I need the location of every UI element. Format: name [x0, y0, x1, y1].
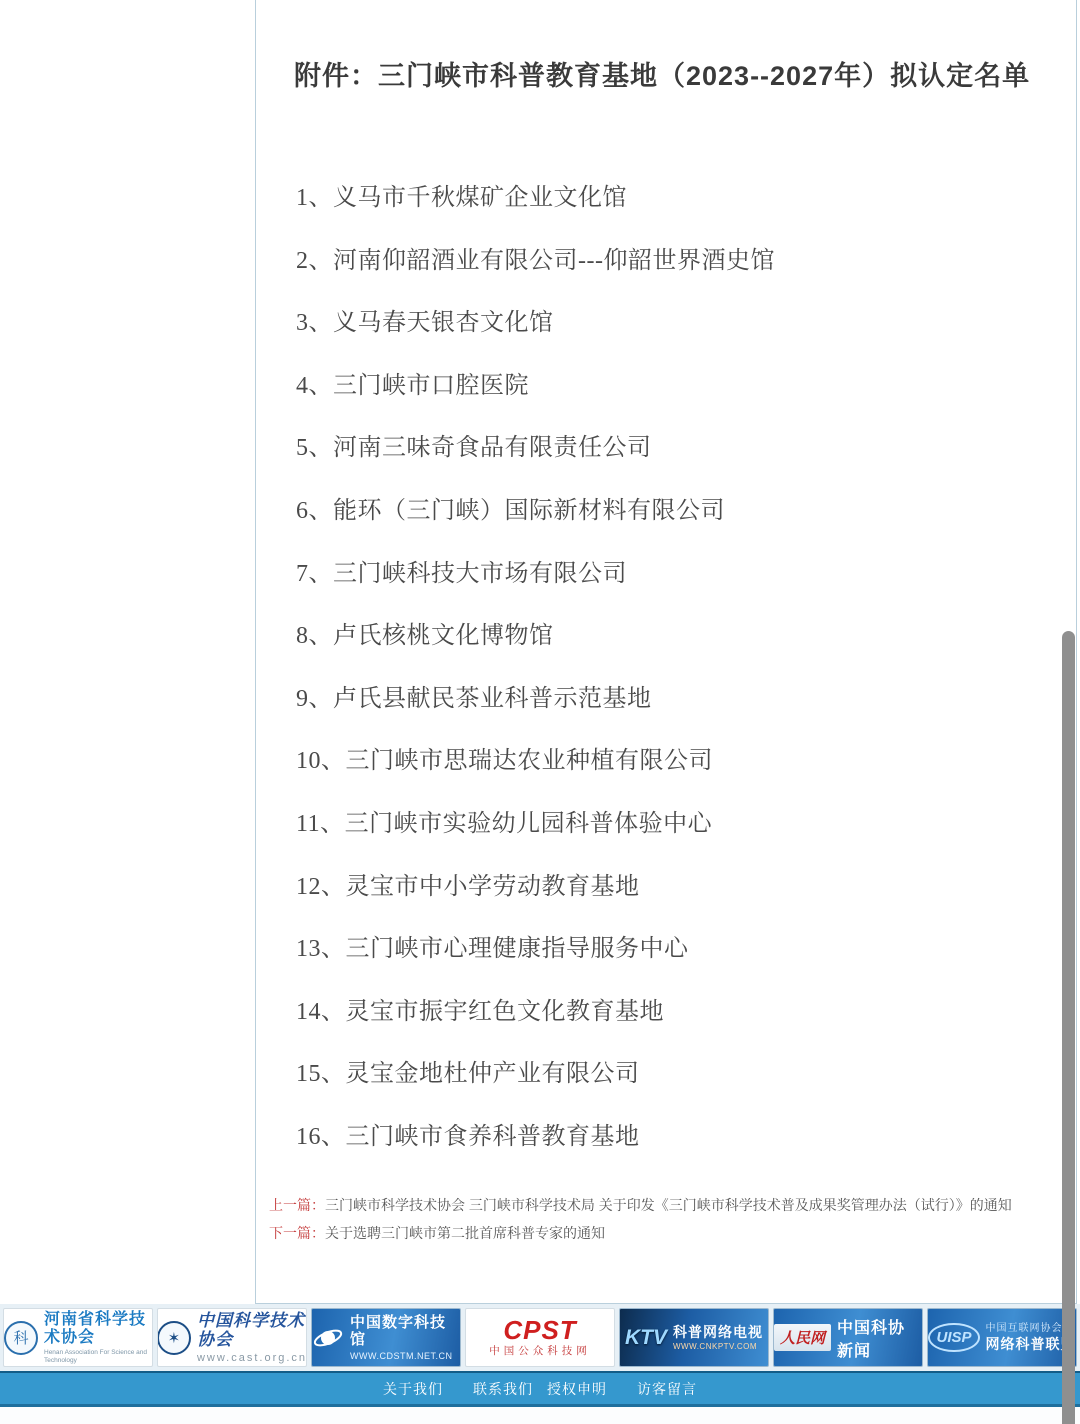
article-content-frame: 附件：三门峡市科普教育基地（2023--2027年）拟认定名单 1、义马市千秋煤…	[255, 0, 1077, 1304]
prev-article-row: 上一篇：三门峡市科学技术协会 三门峡市科学技术局 关于印发《三门峡市科学技术普及…	[269, 1195, 1076, 1215]
ktv-logo: KTV	[625, 1326, 667, 1350]
partner-title: 中国科协新闻	[837, 1315, 922, 1361]
page: 附件：三门峡市科普教育基地（2023--2027年）拟认定名单 1、义马市千秋煤…	[0, 0, 1080, 1424]
footer-nav-bar: 关于我们 联系我们 授权申明 访客留言	[0, 1371, 1080, 1407]
partner-title: 中国数字科技馆	[350, 1314, 460, 1349]
henan-ast-seal-icon: 科	[4, 1321, 38, 1355]
list-item: 15、灵宝金地杜仲产业有限公司	[296, 1062, 1076, 1087]
partner-card-cast[interactable]: ✶ 中国科学技术协会 www.cast.org.cn	[157, 1308, 307, 1367]
partner-card-cnkptv[interactable]: KTV 科普网络电视 WWW.CNKPTV.COM	[619, 1308, 769, 1367]
list-item: 11、三门峡市实验幼儿园科普体验中心	[296, 812, 1076, 837]
list-item: 7、三门峡科技大市场有限公司	[296, 562, 1076, 587]
list-item: 4、三门峡市口腔医院	[296, 374, 1076, 399]
prev-article-link[interactable]: 三门峡市科学技术协会 三门峡市科学技术局 关于印发《三门峡市科学技术普及成果奖管…	[325, 1197, 1012, 1213]
list-item: 14、灵宝市振宇红色文化教育基地	[296, 1000, 1076, 1025]
partner-title: 中国互联网协会	[986, 1323, 1063, 1335]
partner-logo-strip: 科 河南省科学技术协会 Henan Association For Scienc…	[0, 1304, 1080, 1371]
list-item: 10、三门峡市思瑞达农业种植有限公司	[296, 749, 1076, 774]
list-item: 8、卢氏核桃文化博物馆	[296, 624, 1076, 649]
footer-link-about[interactable]: 关于我们	[383, 1379, 443, 1399]
partner-title: 河南省科学技术协会	[44, 1311, 152, 1348]
list-item: 6、能环（三门峡）国际新材料有限公司	[296, 499, 1076, 524]
cast-seal-icon: ✶	[157, 1321, 191, 1355]
list-item: 3、义马春天银杏文化馆	[296, 311, 1076, 336]
list-item: 16、三门峡市食养科普教育基地	[296, 1125, 1076, 1150]
partner-card-cpst[interactable]: CPST 中国公众科技网	[465, 1308, 615, 1367]
list-item: 5、河南三味奇食品有限责任公司	[296, 436, 1076, 461]
bottom-spacer	[0, 1407, 1080, 1424]
base-list: 1、义马市千秋煤矿企业文化馆 2、河南仰韶酒业有限公司---仰韶世界酒史馆 3、…	[296, 186, 1076, 1150]
partner-card-cast-news[interactable]: 人民网 中国科协新闻	[773, 1308, 923, 1367]
list-item: 13、三门峡市心理健康指导服务中心	[296, 937, 1076, 962]
orbit-globe-icon	[312, 1322, 344, 1354]
people-daily-logo: 人民网	[774, 1324, 831, 1351]
partner-subtitle: 中国公众科技网	[489, 1345, 591, 1357]
next-label: 下一篇：	[269, 1225, 325, 1241]
partner-card-henan-ast[interactable]: 科 河南省科学技术协会 Henan Association For Scienc…	[3, 1308, 153, 1367]
page-title: 附件：三门峡市科普教育基地（2023--2027年）拟认定名单	[294, 54, 1076, 93]
partner-subtitle: WWW.CDSTM.NET.CN	[350, 1351, 453, 1361]
uisp-emblem-icon: UISP	[928, 1323, 979, 1352]
footer-link-license[interactable]: 授权申明	[547, 1379, 607, 1399]
article-pagination: 上一篇：三门峡市科学技术协会 三门峡市科学技术局 关于印发《三门峡市科学技术普及…	[269, 1195, 1076, 1243]
next-article-link[interactable]: 关于选聘三门峡市第二批首席科普专家的通知	[325, 1225, 605, 1241]
prev-label: 上一篇：	[269, 1197, 325, 1213]
partner-title: 中国科学技术协会	[197, 1311, 307, 1350]
footer-link-contact[interactable]: 联系我们	[473, 1379, 533, 1399]
partner-card-uisp[interactable]: UISP 中国互联网协会 网络科普联盟	[927, 1308, 1077, 1367]
next-article-row: 下一篇：关于选聘三门峡市第二批首席科普专家的通知	[269, 1223, 1076, 1243]
list-item: 12、灵宝市中小学劳动教育基地	[296, 875, 1076, 900]
partner-card-cdstm[interactable]: 中国数字科技馆 WWW.CDSTM.NET.CN	[311, 1308, 461, 1367]
list-item: 1、义马市千秋煤矿企业文化馆	[296, 186, 1076, 211]
list-item: 9、卢氏县献民茶业科普示范基地	[296, 687, 1076, 712]
cpst-logo: CPST	[503, 1317, 576, 1343]
list-item: 2、河南仰韶酒业有限公司---仰韶世界酒史馆	[296, 249, 1076, 274]
partner-subtitle: Henan Association For Science and Techno…	[44, 1349, 152, 1364]
partner-subtitle: WWW.CNKPTV.COM	[673, 1342, 757, 1351]
partner-title: 科普网络电视	[673, 1324, 763, 1340]
partner-subtitle: www.cast.org.cn	[197, 1352, 307, 1365]
scrollbar-thumb[interactable]	[1062, 631, 1075, 1424]
footer-link-guestbook[interactable]: 访客留言	[637, 1379, 697, 1399]
